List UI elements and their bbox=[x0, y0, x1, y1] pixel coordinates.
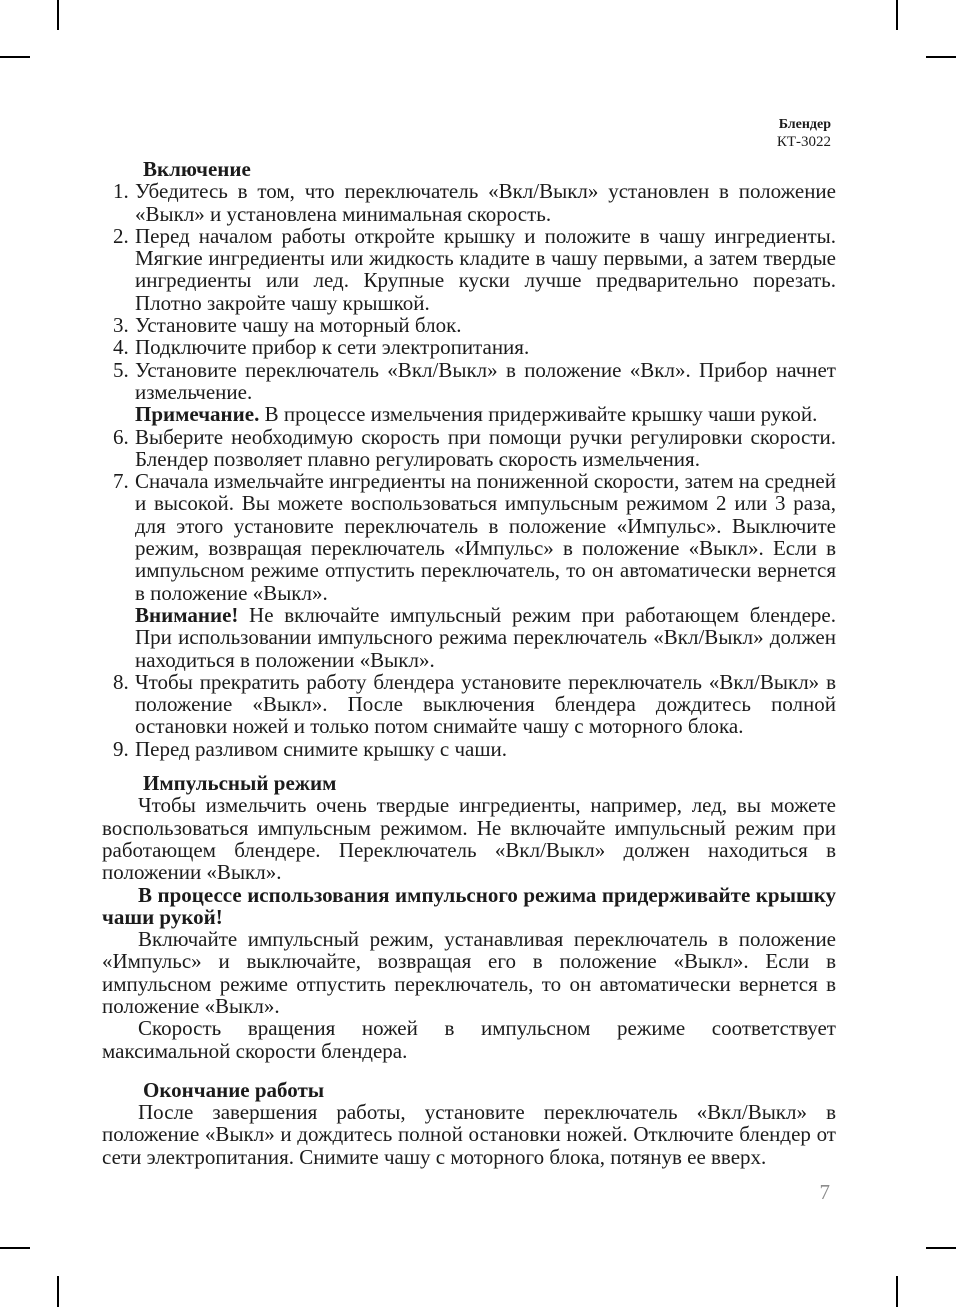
list-item-number: 2. bbox=[113, 225, 129, 247]
model-number: КТ-3022 bbox=[595, 133, 831, 151]
note-label: Примечание. bbox=[135, 402, 259, 426]
list-item: 1. Убедитесь в том, что переключатель «В… bbox=[102, 180, 836, 225]
list-item-text: Подключите прибор к сети электропитания. bbox=[135, 336, 836, 358]
paragraph: Чтобы измельчить очень твердые ингредиен… bbox=[102, 794, 836, 883]
text-column: Включение 1. Убедитесь в том, что перекл… bbox=[102, 158, 836, 1168]
list-item-text: Сначала измельчайте ингредиенты на пониж… bbox=[135, 470, 836, 604]
warning-label: Внимание! bbox=[135, 603, 238, 627]
crop-mark-bottom-left-horizontal bbox=[0, 1247, 30, 1249]
crop-mark-top-right-horizontal bbox=[926, 56, 956, 58]
manual-page: Блендер КТ-3022 Включение 1. Убедитесь в… bbox=[0, 0, 956, 1307]
list-item-number: 3. bbox=[113, 314, 129, 336]
list-item-number: 6. bbox=[113, 426, 129, 448]
list-item: 5. Установите переключатель «Вкл/Выкл» в… bbox=[102, 359, 836, 426]
list-item-text: Перед началом работы откройте крышку и п… bbox=[135, 225, 836, 314]
section-heading-switching-on: Включение bbox=[143, 158, 836, 180]
numbered-list: 1. Убедитесь в том, что переключатель «В… bbox=[102, 180, 836, 760]
crop-mark-top-left-horizontal bbox=[0, 56, 30, 58]
running-header: Блендер КТ-3022 bbox=[595, 116, 831, 151]
section-heading-pulse-mode: Импульсный режим bbox=[143, 772, 836, 794]
crop-mark-top-left-vertical bbox=[57, 0, 59, 30]
paragraph: Включайте импульсный режим, устанавливая… bbox=[102, 928, 836, 1017]
list-item: 9. Перед разливом снимите крышку с чаши. bbox=[102, 738, 836, 760]
list-item: 4. Подключите прибор к сети электропитан… bbox=[102, 336, 836, 358]
list-item: 6. Выберите необходимую скорость при пом… bbox=[102, 426, 836, 471]
crop-mark-top-right-vertical bbox=[896, 0, 898, 30]
list-item: 3. Установите чашу на моторный блок. bbox=[102, 314, 836, 336]
list-item-text: Установите чашу на моторный блок. bbox=[135, 314, 836, 336]
list-item: 2. Перед началом работы откройте крышку … bbox=[102, 225, 836, 314]
paragraph: После завершения работы, установите пере… bbox=[102, 1101, 836, 1168]
list-item: 8. Чтобы прекратить работу блендера уста… bbox=[102, 671, 836, 738]
warning-text: Не включайте импульсный режим при работа… bbox=[135, 603, 836, 672]
page-number: 7 bbox=[760, 1180, 830, 1205]
crop-mark-bottom-right-horizontal bbox=[926, 1247, 956, 1249]
list-item-text: Выберите необходимую скорость при помощи… bbox=[135, 426, 836, 471]
paragraph-bold-warning: В процессе использования импульсного реж… bbox=[102, 884, 836, 929]
note-text: В процессе измельчения придерживайте кры… bbox=[259, 402, 817, 426]
list-item-text: Перед разливом снимите крышку с чаши. bbox=[135, 738, 836, 760]
crop-mark-bottom-right-vertical bbox=[896, 1276, 898, 1307]
list-item-number: 1. bbox=[113, 180, 129, 202]
section-heading-finishing: Окончание работы bbox=[143, 1079, 836, 1101]
list-item-number: 7. bbox=[113, 470, 129, 492]
list-item-note: Примечание. В процессе измельчения приде… bbox=[135, 403, 836, 425]
list-item: 7. Сначала измельчайте ингредиенты на по… bbox=[102, 470, 836, 671]
list-item-text: Убедитесь в том, что переключатель «Вкл/… bbox=[135, 180, 836, 225]
list-item-number: 8. bbox=[113, 671, 129, 693]
product-name: Блендер bbox=[595, 116, 831, 133]
list-item-text: Чтобы прекратить работу блендера установ… bbox=[135, 671, 836, 738]
crop-mark-bottom-left-vertical bbox=[57, 1276, 59, 1307]
list-item-note: Внимание! Не включайте импульсный режим … bbox=[135, 604, 836, 671]
list-item-number: 5. bbox=[113, 359, 129, 381]
list-item-number: 9. bbox=[113, 738, 129, 760]
paragraph: Скорость вращения ножей в импульсном реж… bbox=[102, 1017, 836, 1062]
list-item-text: Установите переключатель «Вкл/Выкл» в по… bbox=[135, 359, 836, 404]
list-item-number: 4. bbox=[113, 336, 129, 358]
